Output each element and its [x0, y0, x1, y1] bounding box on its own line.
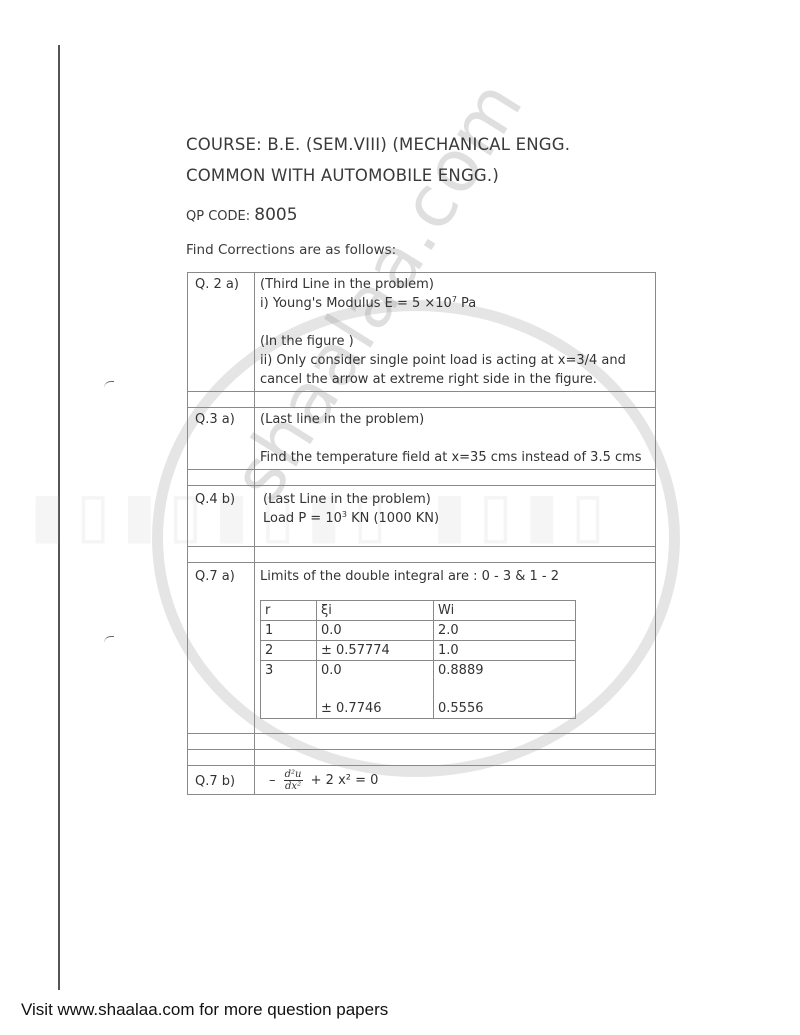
page-margin-line: [58, 45, 60, 990]
correction-text: Limits of the double integral are : 0 - …: [255, 563, 656, 734]
course-title-line2: COMMON WITH AUTOMOBILE ENGG.): [186, 166, 499, 185]
question-label: Q.3 a): [188, 408, 255, 470]
equation: – d²udx² + 2 x² = 0: [255, 766, 656, 795]
gauss-points-table: r ξi Wi 1 0.0 2.0 2 ± 0.57774 1.0 3 0.0: [260, 600, 576, 719]
table-row: Q.4 b) (Last Line in the problem) Load P…: [188, 486, 656, 547]
question-label: Q.4 b): [188, 486, 255, 547]
table-row: 2 ± 0.57774 1.0: [261, 641, 576, 661]
correction-line: Find the temperature field at x=35 cms i…: [260, 448, 650, 467]
table-row: ± 0.7746 0.5556: [261, 680, 576, 719]
correction-line: (Last line in the problem): [260, 410, 650, 429]
correction-line: (Third Line in the problem): [260, 275, 650, 294]
qp-code: QP CODE: 8005: [186, 205, 298, 225]
question-label: Q. 2 a): [188, 273, 255, 392]
footer-link-text: Visit www.shaalaa.com for more question …: [21, 1000, 388, 1020]
table-row: Q. 2 a) (Third Line in the problem) i) Y…: [188, 273, 656, 392]
table-row: Q.7 b) – d²udx² + 2 x² = 0: [188, 766, 656, 795]
question-label: Q.7 a): [188, 563, 255, 734]
table-row: Q.3 a) (Last line in the problem) Find t…: [188, 408, 656, 470]
intro-text: Find Corrections are as follows:: [186, 242, 396, 258]
correction-text: (Third Line in the problem) i) Young's M…: [255, 273, 656, 392]
qp-code-value: 8005: [254, 205, 297, 225]
question-label: Q.7 b): [188, 766, 255, 795]
correction-text: (Last line in the problem) Find the temp…: [255, 408, 656, 470]
correction-line: Load P = 103 KN (1000 KN): [263, 509, 650, 528]
table-row: 1 0.0 2.0: [261, 621, 576, 641]
table-header-row: r ξi Wi: [261, 601, 576, 621]
punch-mark: [104, 636, 114, 643]
course-title-line1: COURSE: B.E. (SEM.VIII) (MECHANICAL ENGG…: [186, 135, 570, 154]
qp-code-label: QP CODE:: [186, 209, 254, 224]
correction-line: (In the figure ): [260, 332, 650, 351]
corrections-table: Q. 2 a) (Third Line in the problem) i) Y…: [187, 272, 656, 795]
correction-line: (Last Line in the problem): [263, 490, 650, 509]
correction-line: Limits of the double integral are : 0 - …: [260, 567, 650, 586]
fraction: d²udx²: [284, 769, 303, 792]
correction-line: ii) Only consider single point load is a…: [260, 351, 650, 389]
table-row: Q.7 a) Limits of the double integral are…: [188, 563, 656, 734]
table-row: 3 0.0 0.8889: [261, 661, 576, 681]
correction-text: (Last Line in the problem) Load P = 103 …: [255, 486, 656, 547]
correction-line: i) Young's Modulus E = 5 ×107 Pa: [260, 294, 650, 313]
punch-mark: [104, 381, 114, 388]
